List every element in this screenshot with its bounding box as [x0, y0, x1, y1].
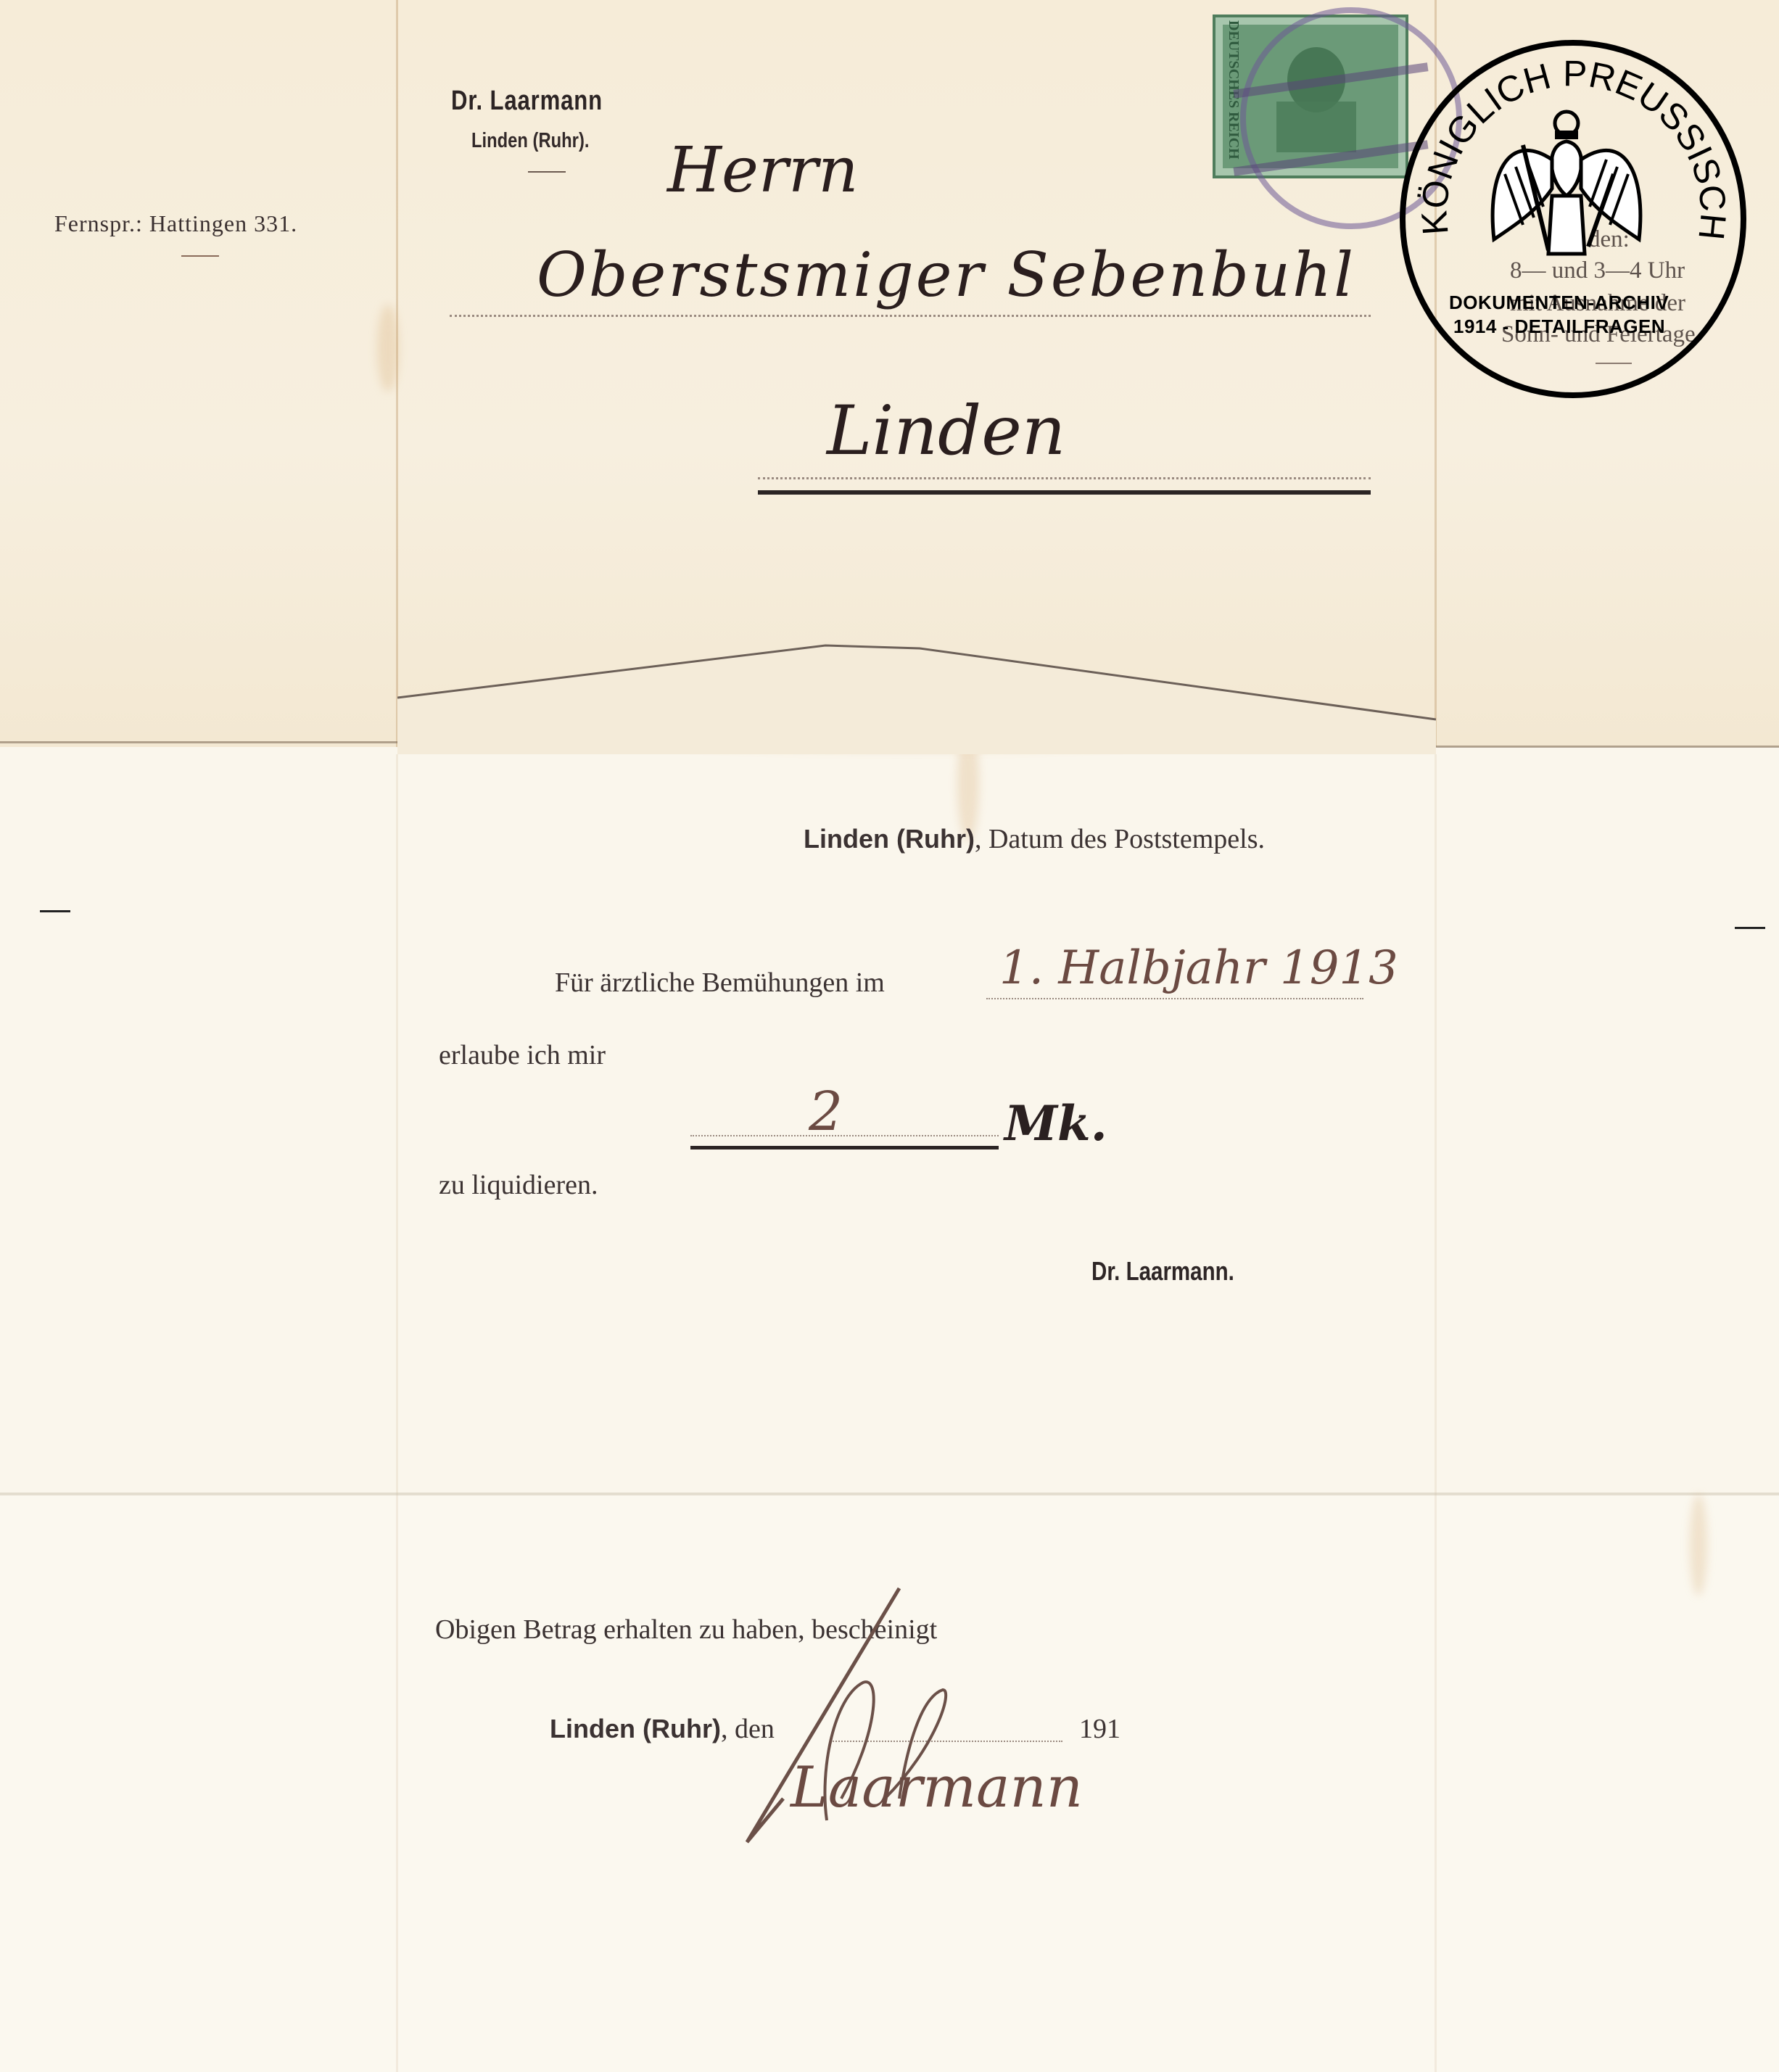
invoice-period-field-line [986, 998, 1363, 999]
fold-mark-left [40, 910, 70, 912]
fold-line-horizontal-left [0, 741, 397, 743]
envelope-flap [397, 638, 1436, 754]
age-stain [1690, 1494, 1707, 1596]
prussian-eagle-icon [1479, 102, 1654, 276]
receipt-signature-handwritten: Laarmann [791, 1755, 1083, 1820]
address-line-2 [758, 477, 1371, 479]
invoice-amount-handwritten: 2 [809, 1081, 843, 1143]
invoice-amount-field-line [690, 1135, 999, 1136]
invoice-signature-print: Dr. Laarmann. [1091, 1256, 1266, 1287]
sender-divider [528, 171, 566, 173]
invoice-amount-underline [690, 1146, 999, 1149]
receipt-place: Linden (Ruhr) [550, 1714, 721, 1743]
address-city: Linden [827, 392, 1065, 471]
invoice-services-label: Für ärztliche Bemühungen im [555, 967, 885, 999]
fold-crease-lower [0, 1493, 1779, 1495]
invoice-period-handwritten: 1. Halbjahr 1913 [999, 941, 1398, 995]
sender-name: Dr. Laarmann [451, 86, 636, 117]
currency-mark: Mk. [1004, 1095, 1107, 1152]
seal-label-line-1: DOKUMENTEN-ARCHIV [1449, 292, 1669, 314]
invoice-place: Linden (Ruhr) [804, 824, 975, 854]
address-line-1 [450, 315, 1371, 317]
fold-crease-right [1435, 754, 1437, 2072]
invoice-date-text: , Datum des Poststempels. [975, 824, 1265, 854]
fold-crease-left [396, 754, 398, 2072]
invoice-date-line: Linden (Ruhr), Datum des Poststempels. [804, 823, 1265, 855]
phone-number: Fernspr.: Hattingen 331. [54, 210, 297, 237]
phone-divider [181, 255, 219, 257]
seal-label-line-2: 1914 - DETAILFRAGEN [1453, 315, 1665, 338]
invoice-request-text: erlaube ich mir [439, 1039, 606, 1071]
address-recipient: Oberstsmiger Sebenbuhl [537, 239, 1355, 310]
sender-location: Linden (Ruhr). [471, 129, 615, 153]
address-salutation: Herrn [667, 134, 859, 207]
fold-mark-right [1735, 927, 1765, 929]
age-stain [377, 305, 399, 392]
fold-line-horizontal-right [1436, 746, 1779, 748]
address-underline [758, 490, 1371, 495]
invoice-closing-text: zu liquidieren. [439, 1169, 598, 1201]
